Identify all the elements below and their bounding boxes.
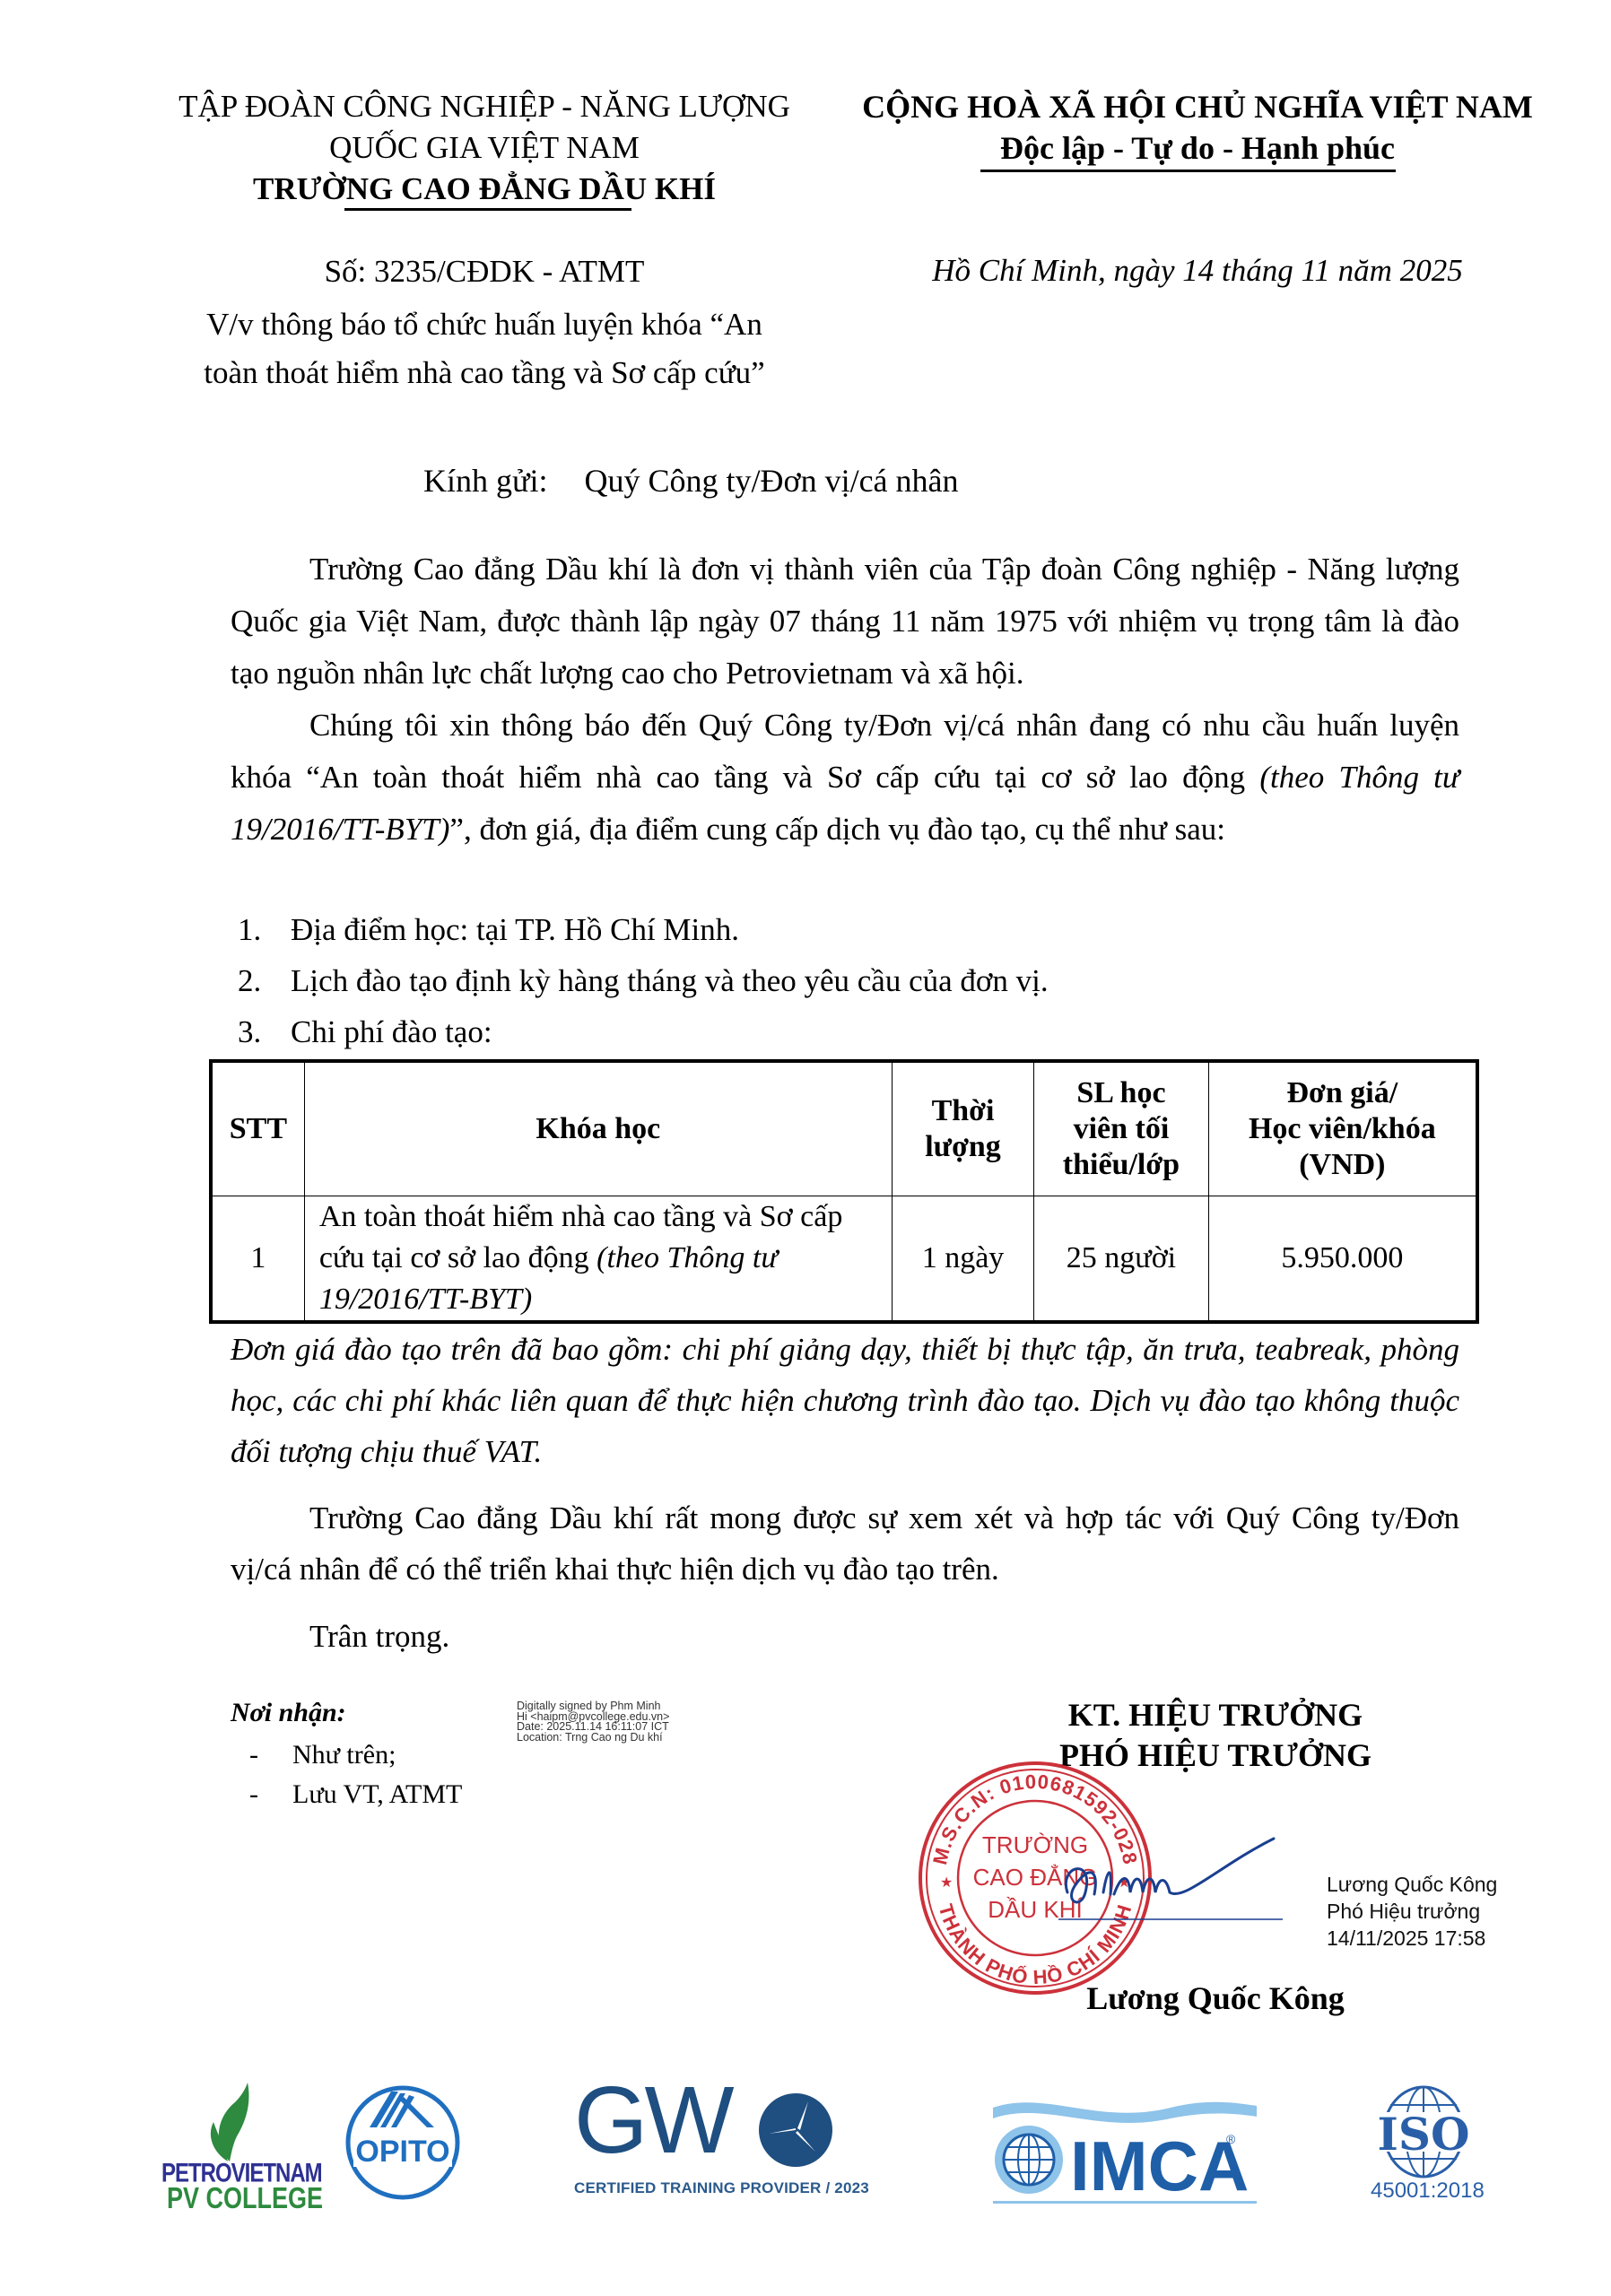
table-row: 1 An toàn thoát hiểm nhà cao tầng và Sơ … [211,1196,1477,1323]
svg-text:®: ® [1226,2132,1236,2146]
table-header-row: STT Khóa học Thời lượng SL học viên tối … [211,1061,1477,1196]
header-duration-line: Thời [903,1093,1023,1129]
list-text: Chi phí đào tạo: [291,1006,492,1057]
wind-turbine-icon [758,2092,833,2168]
document-number: Số: 3235/CĐDK - ATMT [144,249,825,294]
recipient-item: - Lưu VT, ATMT [249,1775,462,1814]
recipients-list: - Như trên; - Lưu VT, ATMT [249,1735,462,1814]
leaf-icon [196,2083,258,2163]
list-dash: - [249,1735,292,1775]
paragraph-announcement: Chúng tôi xin thông báo đến Quý Công ty/… [231,700,1459,856]
list-text: Lịch đào tạo định kỳ hàng tháng và theo … [291,955,1049,1006]
addressee: Kính gửi: Quý Công ty/Đơn vị/cá nhân [423,462,959,500]
subject-line-2: toàn thoát hiểm nhà cao tầng và Sơ cấp c… [144,349,825,397]
details-list: 1. Địa điểm học: tại TP. Hồ Chí Minh. 2.… [238,904,1467,1057]
recipient-text: Lưu VT, ATMT [292,1775,462,1814]
digital-signature-info: Digitally signed by Phm Minh Hi <haipm@p… [517,1701,669,1743]
document-subject: V/v thông báo tổ chức huấn luyện khóa “A… [144,300,825,397]
body-text: Trường Cao đẳng Dầu khí là đơn vị thành … [231,544,1459,856]
svg-text:★: ★ [940,1875,953,1891]
iso-caption: 45001:2018 [1371,2179,1485,2204]
price-note: Đơn giá đào tạo trên đã bao gồm: chi phí… [231,1324,1459,1477]
paragraph-intro: Trường Cao đẳng Dầu khí là đơn vị thành … [231,544,1459,700]
header-duration: Thời lượng [892,1061,1033,1196]
petrovietnam-pv-college-logo: PETROVIETNAM PV COLLEGE [160,2083,294,2208]
national-motto: CỘNG HOÀ XÃ HỘI CHỦ NGHĨA VIỆT NAM Độc l… [834,86,1561,169]
place-date: Hồ Chí Minh, ngày 14 tháng 11 năm 2025 [834,253,1561,289]
cell-min-students: 25 người [1034,1196,1208,1323]
header-price-line: (VND) [1220,1147,1465,1183]
e-signature-info: Lương Quốc Kông Phó Hiệu trưởng 14/11/20… [1327,1871,1497,1952]
addressee-label: Kính gửi: [423,463,548,499]
esign-role: Phó Hiệu trưởng [1327,1898,1497,1925]
imca-graphic: IMCA ® [991,2090,1260,2206]
header-min-line: SL học [1045,1075,1197,1111]
closing-text: Trường Cao đẳng Dầu khí rất mong được sự… [231,1492,1459,1595]
signer-name: Lương Quốc Kông [964,1979,1467,2017]
imca-logo: IMCA ® [991,2090,1260,2206]
nation-line-1: CỘNG HOÀ XÃ HỘI CHỦ NGHĨA VIỆT NAM [834,86,1561,127]
header-min-line: thiểu/lớp [1045,1147,1197,1183]
document-page: TẬP ĐOÀN CÔNG NGHIỆP - NĂNG LƯỢNG QUỐC G… [0,0,1611,2296]
subject-line-1: V/v thông báo tổ chức huấn luyện khóa “A… [144,300,825,349]
globe-icon: ISO [1374,2085,1473,2179]
header-price-line: Đơn giá/ [1220,1075,1465,1111]
cell-price: 5.950.000 [1208,1196,1477,1323]
cell-stt: 1 [211,1196,304,1323]
list-number: 3. [238,1006,291,1057]
header-stt: STT [211,1061,304,1196]
svg-text:OPITO: OPITO [355,2135,449,2169]
opito-logo: OPITO [344,2084,461,2201]
regards: Trân trọng. [309,1619,449,1655]
header-min-students: SL học viên tối thiểu/lớp [1034,1061,1208,1196]
addressee-value: Quý Công ty/Đơn vị/cá nhân [585,463,959,499]
list-item: 1. Địa điểm học: tại TP. Hồ Chí Minh. [238,904,1467,955]
list-text: Địa điểm học: tại TP. Hồ Chí Minh. [291,904,739,955]
header-course: Khóa học [304,1061,892,1196]
list-number: 2. [238,955,291,1006]
motto-underline [980,170,1396,172]
header-min-line: viên tối [1045,1111,1197,1147]
issuing-organization: TẬP ĐOÀN CÔNG NGHIỆP - NĂNG LƯỢNG QUỐC G… [144,86,825,210]
header-duration-line: lượng [903,1129,1023,1165]
list-dash: - [249,1775,292,1814]
pv-college-wordmark: PV COLLEGE [167,2181,323,2216]
gwo-wordmark: GW [574,2073,731,2168]
list-number: 1. [238,904,291,955]
closing-paragraph: Trường Cao đẳng Dầu khí rất mong được sự… [231,1492,1459,1595]
org-line-2: QUỐC GIA VIỆT NAM [144,127,825,169]
fee-table: STT Khóa học Thời lượng SL học viên tối … [209,1059,1479,1324]
digsig-line: Location: Trng Cao ng Du khí [517,1733,669,1744]
gwo-logo: GW CERTIFIED TRAINING PROVIDER / 2023 [574,2085,843,2202]
nation-line-2: Độc lập - Tự do - Hạnh phúc [834,127,1561,169]
iso-45001-logo: ISO 45001:2018 [1363,2085,1489,2211]
header-price: Đơn giá/ Học viên/khóa (VND) [1208,1061,1477,1196]
svg-text:IMCA: IMCA [1070,2126,1249,2205]
esign-name: Lương Quốc Kông [1327,1871,1497,1898]
list-item: 3. Chi phí đào tạo: [238,1006,1467,1057]
org-underline [344,208,631,211]
gwo-caption: CERTIFIED TRAINING PROVIDER / 2023 [574,2179,869,2197]
header-price-line: Học viên/khóa [1220,1111,1465,1147]
recipient-item: - Như trên; [249,1735,462,1775]
handwritten-signature-icon [1058,1830,1301,1928]
signer-title-line-1: KT. HIỆU TRƯỞNG [964,1695,1467,1735]
recipient-text: Như trên; [292,1735,396,1775]
list-item: 2. Lịch đào tạo định kỳ hàng tháng và th… [238,955,1467,1006]
cell-course: An toàn thoát hiểm nhà cao tầng và Sơ cấ… [304,1196,892,1323]
org-line-3: TRƯỜNG CAO ĐẲNG DẦU KHÍ [144,169,825,210]
org-line-1: TẬP ĐOÀN CÔNG NGHIỆP - NĂNG LƯỢNG [144,86,825,127]
cell-duration: 1 ngày [892,1196,1033,1323]
svg-text:ISO: ISO [1377,2108,1469,2161]
esign-time: 14/11/2025 17:58 [1327,1925,1497,1952]
announcement-text-end: ”, đơn giá, địa điểm cung cấp dịch vụ đà… [449,812,1225,847]
recipients-title: Nơi nhận: [231,1698,346,1728]
